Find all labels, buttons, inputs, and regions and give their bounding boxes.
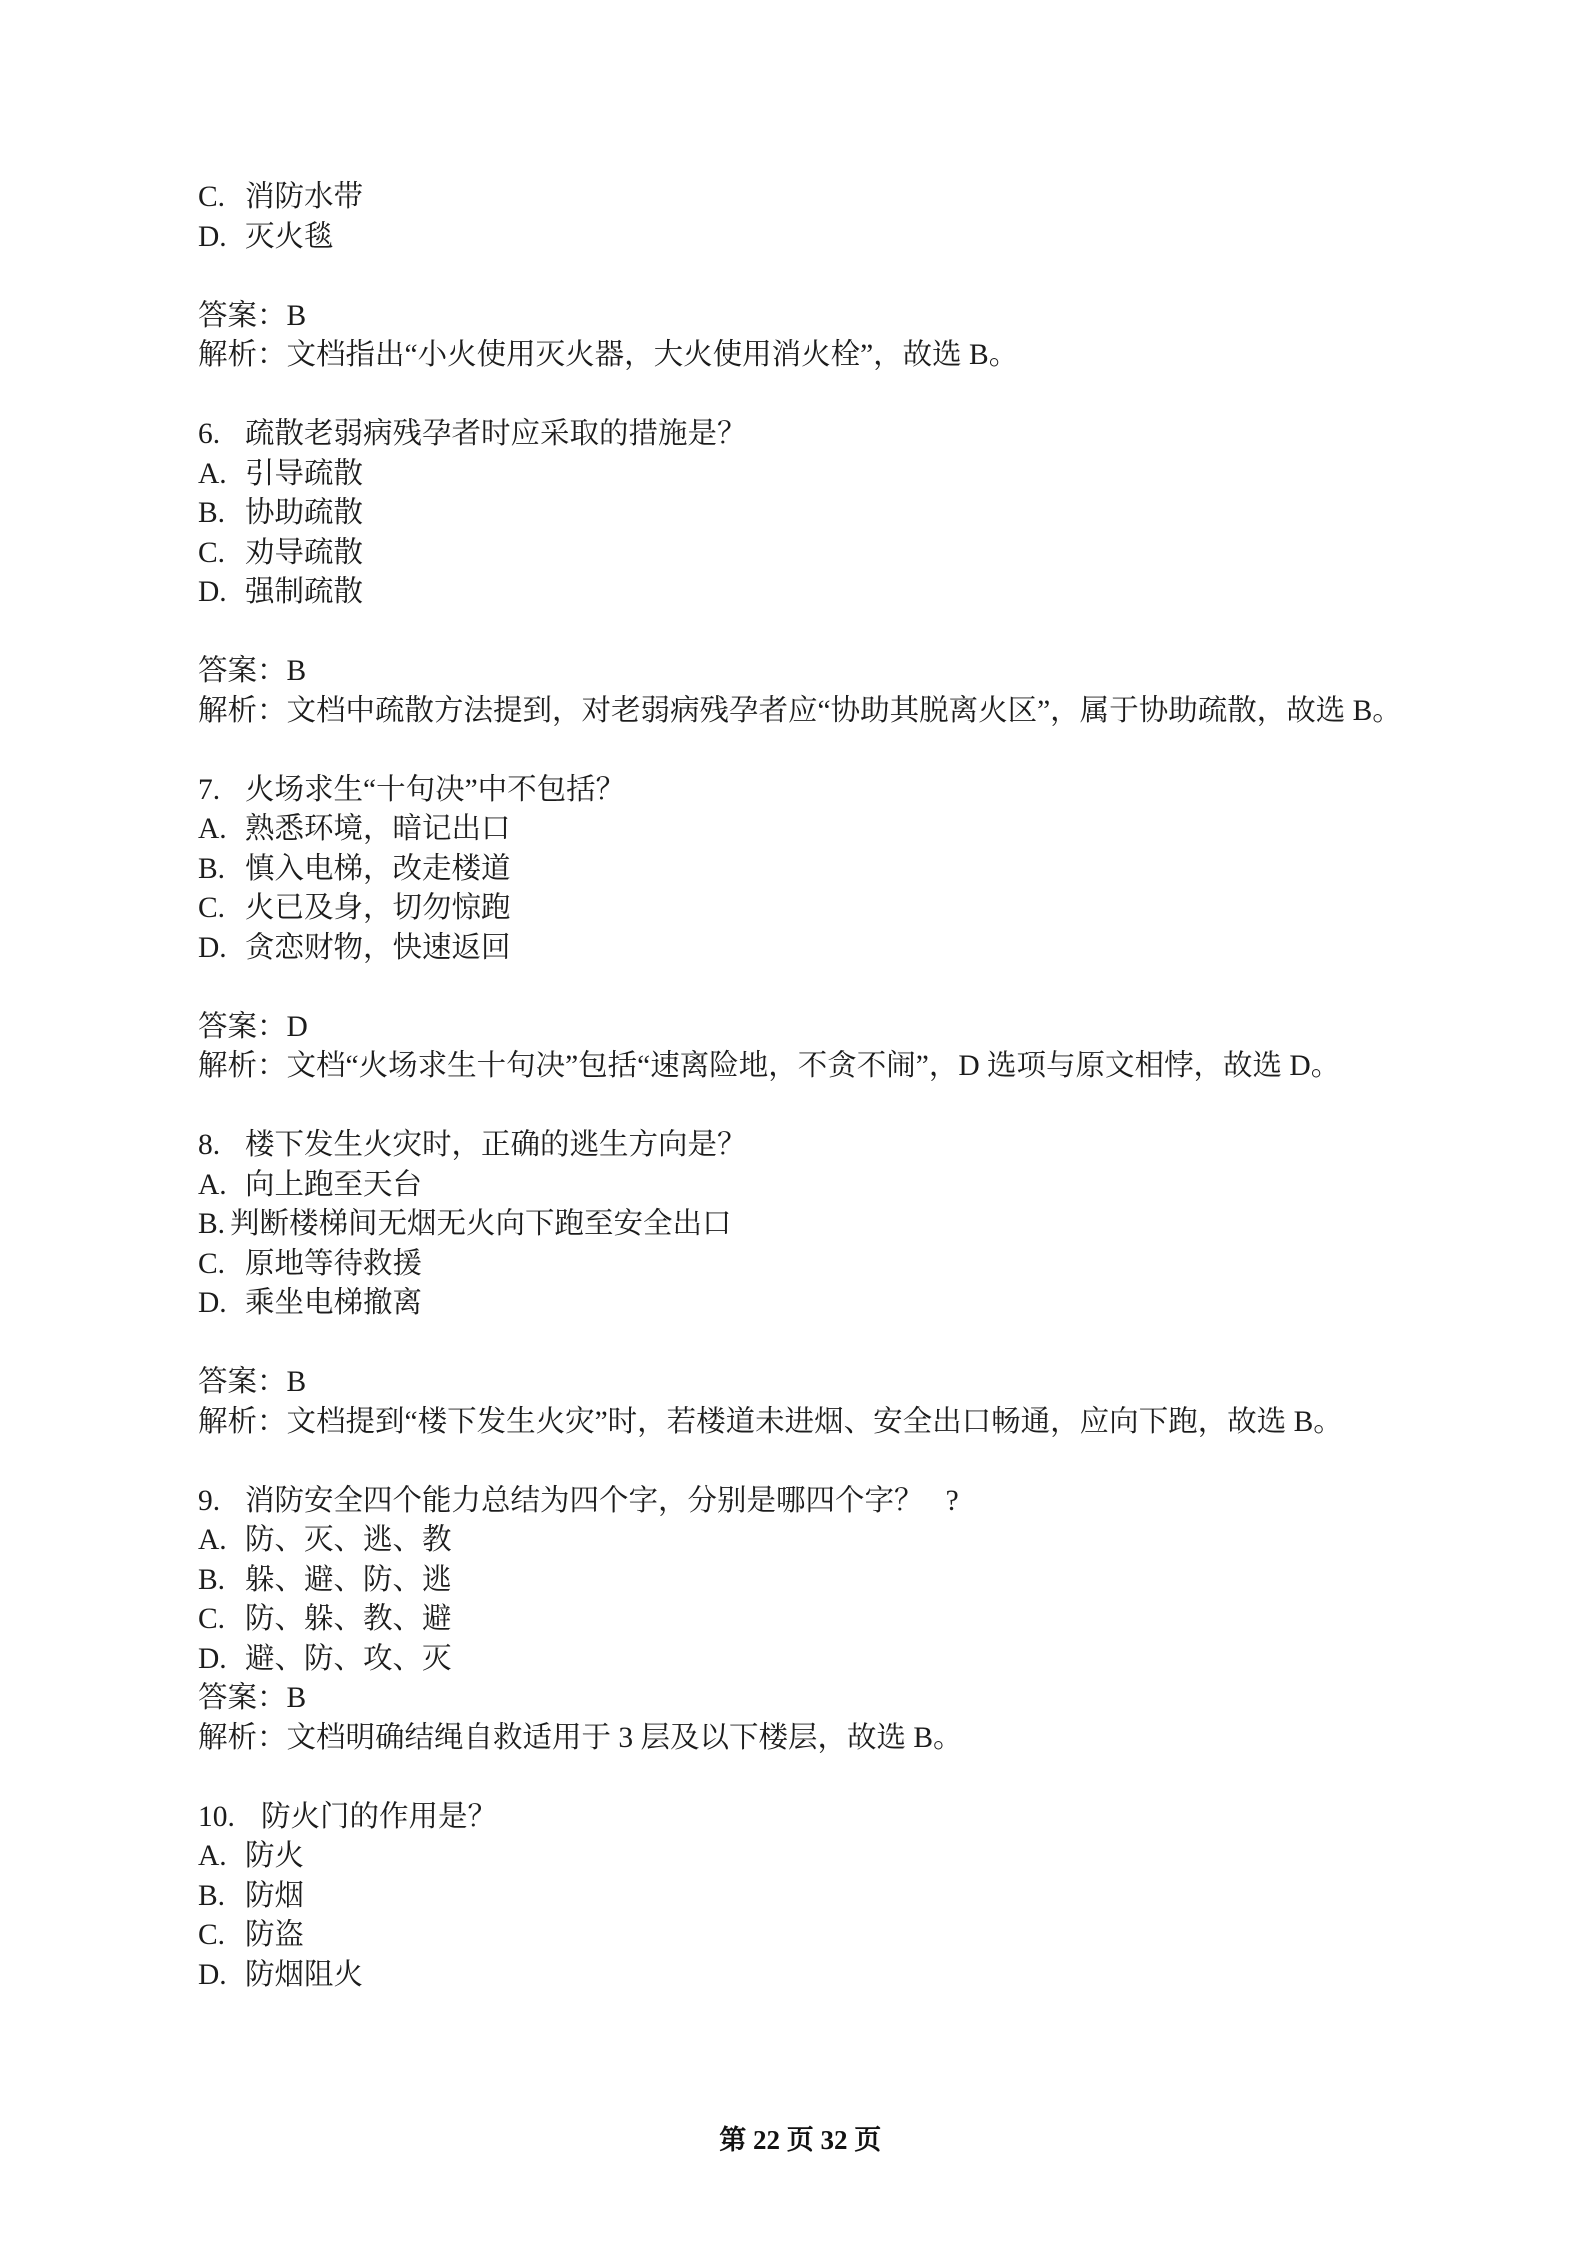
question-title: 10.防火门的作用是？ <box>198 1798 1402 1838</box>
question-number: 7. <box>198 771 245 811</box>
option-label: D. <box>198 1640 245 1680</box>
answer-line: 答案：B <box>198 1363 1402 1403</box>
answer-line: 答案：B <box>198 652 1402 692</box>
option-c: C.原地等待救援 <box>198 1245 1402 1285</box>
option-text: 避、防、攻、灭 <box>245 1643 452 1675</box>
option-text: 防烟阻火 <box>245 1959 363 1991</box>
document-body: C.消防水带 D.灭火毯 答案：B 解析：文档指出“小火使用灭火器，大火使用消火… <box>198 178 1402 1995</box>
question-text: 疏散老弱病残孕者时应采取的措施是？ <box>245 418 747 450</box>
option-label: B. <box>198 1877 245 1917</box>
question-title: 9.消防安全四个能力总结为四个字，分别是哪四个字？ ? <box>198 1482 1402 1522</box>
option-b: B.防烟 <box>198 1877 1402 1917</box>
option-d: D.贪恋财物，快速返回 <box>198 929 1402 969</box>
option-label: C. <box>198 889 245 929</box>
option-text: 判断楼梯间无烟无火向下跑至安全出口 <box>230 1208 732 1240</box>
analysis-line: 解析：文档中疏散方法提到，对老弱病残孕者应“协助其脱离火区”，属于协助疏散，故选… <box>198 692 1402 732</box>
option-c: C.防盗 <box>198 1916 1402 1956</box>
answer-line: 答案：B <box>198 297 1402 337</box>
option-text: 防、灭、逃、教 <box>245 1524 452 1556</box>
spacer <box>198 257 1402 297</box>
spacer <box>198 1442 1402 1482</box>
option-text: 强制疏散 <box>245 576 363 608</box>
option-b: B.躲、避、防、逃 <box>198 1561 1402 1601</box>
option-text: 原地等待救援 <box>245 1248 422 1280</box>
option-label: D. <box>198 1284 245 1324</box>
spacer <box>198 1758 1402 1798</box>
option-a: A.防火 <box>198 1837 1402 1877</box>
question-title: 8.楼下发生火灾时，正确的逃生方向是？ <box>198 1126 1402 1166</box>
question-text: 消防安全四个能力总结为四个字，分别是哪四个字？ ? <box>245 1485 959 1517</box>
option-label: B. <box>198 494 245 534</box>
option-a: A.熟悉环境，暗记出口 <box>198 810 1402 850</box>
option-label: D. <box>198 929 245 969</box>
option-d: D.灭火毯 <box>198 218 1402 258</box>
option-c: C.防、躲、教、避 <box>198 1600 1402 1640</box>
spacer <box>198 1087 1402 1127</box>
question-text: 楼下发生火灾时，正确的逃生方向是？ <box>245 1129 747 1161</box>
question-8: 8.楼下发生火灾时，正确的逃生方向是？ A.向上跑至天台 B.判断楼梯间无烟无火… <box>198 1126 1402 1442</box>
question-number: 9. <box>198 1482 245 1522</box>
option-label: C. <box>198 1600 245 1640</box>
option-text: 乘坐电梯撤离 <box>245 1287 422 1319</box>
option-text: 灭火毯 <box>245 221 334 253</box>
option-text: 慎入电梯，改走楼道 <box>245 853 511 885</box>
option-text: 防、躲、教、避 <box>245 1603 452 1635</box>
analysis-line: 解析：文档提到“楼下发生火灾”时，若楼道未进烟、安全出口畅通，应向下跑，故选 B… <box>198 1403 1402 1443</box>
option-label: C. <box>198 534 245 574</box>
page-footer: 第 22 页 32 页 <box>0 2086 1587 2158</box>
question-6: 6.疏散老弱病残孕者时应采取的措施是？ A.引导疏散 B.协助疏散 C.劝导疏散… <box>198 415 1402 731</box>
option-label: C. <box>198 178 245 218</box>
option-d: D.乘坐电梯撤离 <box>198 1284 1402 1324</box>
option-c: C.火已及身，切勿惊跑 <box>198 889 1402 929</box>
answer-line: 答案：B <box>198 1679 1402 1719</box>
option-text: 贪恋财物，快速返回 <box>245 932 511 964</box>
option-text: 火已及身，切勿惊跑 <box>245 892 511 924</box>
option-a: A.引导疏散 <box>198 455 1402 495</box>
option-text: 协助疏散 <box>245 497 363 529</box>
option-c: C.消防水带 <box>198 178 1402 218</box>
option-text: 躲、避、防、逃 <box>245 1564 452 1596</box>
spacer <box>198 613 1402 653</box>
option-text: 防盗 <box>245 1919 304 1951</box>
question-9: 9.消防安全四个能力总结为四个字，分别是哪四个字？ ? A.防、灭、逃、教 B.… <box>198 1482 1402 1759</box>
question-number: 6. <box>198 415 245 455</box>
analysis-line: 解析：文档明确结绳自救适用于 3 层及以下楼层，故选 B。 <box>198 1719 1402 1759</box>
spacer <box>198 376 1402 416</box>
question-7: 7.火场求生“十句决”中不包括？ A.熟悉环境，暗记出口 B.慎入电梯，改走楼道… <box>198 771 1402 1087</box>
option-text: 引导疏散 <box>245 458 363 490</box>
question-title: 6.疏散老弱病残孕者时应采取的措施是？ <box>198 415 1402 455</box>
answer-line: 答案：D <box>198 1008 1402 1048</box>
option-label: A. <box>198 1521 245 1561</box>
option-b: B.慎入电梯，改走楼道 <box>198 850 1402 890</box>
option-b: B.协助疏散 <box>198 494 1402 534</box>
question-text: 火场求生“十句决”中不包括？ <box>245 774 625 806</box>
page-indicator: 第 22 页 32 页 <box>719 2125 881 2155</box>
option-label: D. <box>198 573 245 613</box>
spacer <box>198 1324 1402 1364</box>
option-a: A.防、灭、逃、教 <box>198 1521 1402 1561</box>
option-label: A. <box>198 810 245 850</box>
option-text: 防烟 <box>245 1880 304 1912</box>
option-label: C. <box>198 1916 245 1956</box>
question-5-continuation: C.消防水带 D.灭火毯 答案：B 解析：文档指出“小火使用灭火器，大火使用消火… <box>198 178 1402 376</box>
question-number: 10. <box>198 1798 261 1838</box>
option-label: A. <box>198 455 245 495</box>
question-title: 7.火场求生“十句决”中不包括？ <box>198 771 1402 811</box>
option-label: D. <box>198 1956 245 1996</box>
option-label: C. <box>198 1245 245 1285</box>
option-label: B. <box>198 850 245 890</box>
option-a: A.向上跑至天台 <box>198 1166 1402 1206</box>
option-label: B. <box>198 1205 230 1245</box>
option-label: D. <box>198 218 245 258</box>
option-text: 熟悉环境，暗记出口 <box>245 813 511 845</box>
analysis-line: 解析：文档“火场求生十句决”包括“速离险地，不贪不闹”，D 选项与原文相悖，故选… <box>198 1047 1402 1087</box>
option-label: B. <box>198 1561 245 1601</box>
option-text: 向上跑至天台 <box>245 1169 422 1201</box>
option-text: 劝导疏散 <box>245 537 363 569</box>
analysis-line: 解析：文档指出“小火使用灭火器，大火使用消火栓”，故选 B。 <box>198 336 1402 376</box>
option-c: C.劝导疏散 <box>198 534 1402 574</box>
question-number: 8. <box>198 1126 245 1166</box>
question-text: 防火门的作用是？ <box>261 1801 497 1833</box>
option-d: D.防烟阻火 <box>198 1956 1402 1996</box>
option-d: D.强制疏散 <box>198 573 1402 613</box>
spacer <box>198 968 1402 1008</box>
option-label: A. <box>198 1837 245 1877</box>
option-b: B.判断楼梯间无烟无火向下跑至安全出口 <box>198 1205 1402 1245</box>
option-text: 消防水带 <box>245 181 363 213</box>
question-10: 10.防火门的作用是？ A.防火 B.防烟 C.防盗 D.防烟阻火 <box>198 1798 1402 1996</box>
option-d: D.避、防、攻、灭 <box>198 1640 1402 1680</box>
spacer <box>198 731 1402 771</box>
option-text: 防火 <box>245 1840 304 1872</box>
option-label: A. <box>198 1166 245 1206</box>
